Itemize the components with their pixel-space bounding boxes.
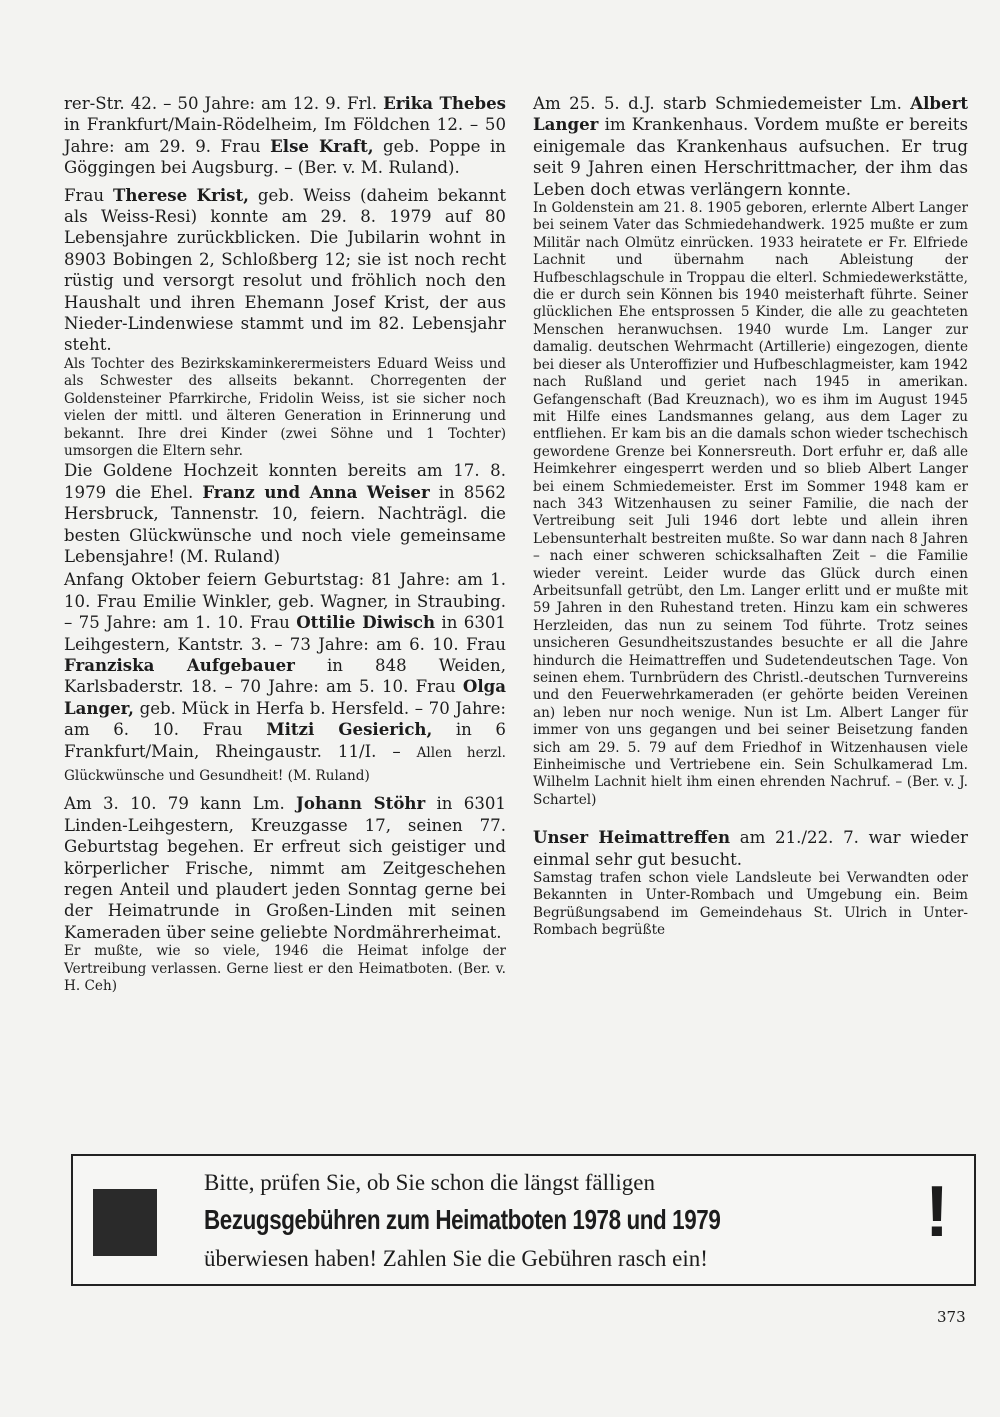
langer-biography: In Goldenstein am 21. 8. 1905 geboren, e… xyxy=(533,200,968,809)
name-franziska-aufgebauer: Franziska Aufgebauer xyxy=(64,655,295,675)
notice-line-1: Bitte, prüfen Sie, ob Sie schon die läng… xyxy=(204,1170,655,1196)
birthday-notice-thebes-kraft: rer-Str. 42. – 50 Jahre: am 12. 9. Frl. … xyxy=(64,93,506,179)
notice-line-2-headline: Bezugsgebühren zum Heimatboten 1978 und … xyxy=(204,1204,720,1236)
golden-wedding-weiser: Die Goldene Hochzeit konnten bereits am … xyxy=(64,460,506,567)
text: in 6301 Linden-Leihgestern, Kreuzgasse 1… xyxy=(64,794,506,941)
krist-family-note: Als Tochter des Bezirkskaminkerermeister… xyxy=(64,356,506,460)
text: Am 25. 5. d.J. starb Schmiedemeister Lm. xyxy=(533,94,910,113)
obituary-albert-langer: Am 25. 5. d.J. starb Schmiedemeister Lm.… xyxy=(533,93,968,200)
stoehr-note: Er mußte, wie so viele, 1946 die Heimat … xyxy=(64,943,506,995)
october-birthdays: Anfang Oktober feiern Geburtstag: 81 Jah… xyxy=(64,569,506,787)
heimattreffen-details: Samstag trafen schon viele Landsleute be… xyxy=(533,870,968,940)
birthday-johann-stoehr: Am 3. 10. 79 kann Lm. Johann Stöhr in 63… xyxy=(64,793,506,943)
text: Frau xyxy=(64,186,113,205)
birthday-notice-therese-krist: Frau Therese Krist, geb. Weiss (daheim b… xyxy=(64,185,506,356)
heimattreffen-heading: Unser Heimattreffen xyxy=(533,827,730,847)
subscription-fee-notice: Bitte, prüfen Sie, ob Sie schon die läng… xyxy=(71,1154,976,1286)
heimattreffen-report: Unser Heimattreffen am 21./22. 7. war wi… xyxy=(533,827,968,870)
page-number: 373 xyxy=(937,1308,966,1326)
name-mitzi-gesierich: Mitzi Gesierich, xyxy=(266,719,432,739)
name-franz-anna-weiser: Franz und Anna Weiser xyxy=(202,482,429,502)
right-column: Am 25. 5. d.J. starb Schmiedemeister Lm.… xyxy=(533,93,968,940)
text: geb. Weiss (daheim bekannt als Weiss-Res… xyxy=(64,186,506,355)
name-therese-krist: Therese Krist, xyxy=(113,185,249,205)
left-column: rer-Str. 42. – 50 Jahre: am 12. 9. Frl. … xyxy=(64,93,506,995)
name-johann-stoehr: Johann Stöhr xyxy=(296,793,425,813)
name-else-kraft: Else Kraft, xyxy=(270,136,373,156)
name-erika-thebes: Erika Thebes xyxy=(383,93,506,113)
notice-line-3: überwiesen haben! Zahlen Sie die Gebühre… xyxy=(204,1246,708,1272)
exclamation-icon: ! xyxy=(925,1176,949,1248)
text: im Krankenhaus. Vordem mußte er bereits … xyxy=(533,115,968,198)
name-ottilie-diwisch: Ottilie Diwisch xyxy=(296,612,435,632)
text: Am 3. 10. 79 kann Lm. xyxy=(64,794,296,813)
black-square-icon xyxy=(93,1189,157,1256)
text: rer-Str. 42. – 50 Jahre: am 12. 9. Frl. xyxy=(64,94,383,113)
